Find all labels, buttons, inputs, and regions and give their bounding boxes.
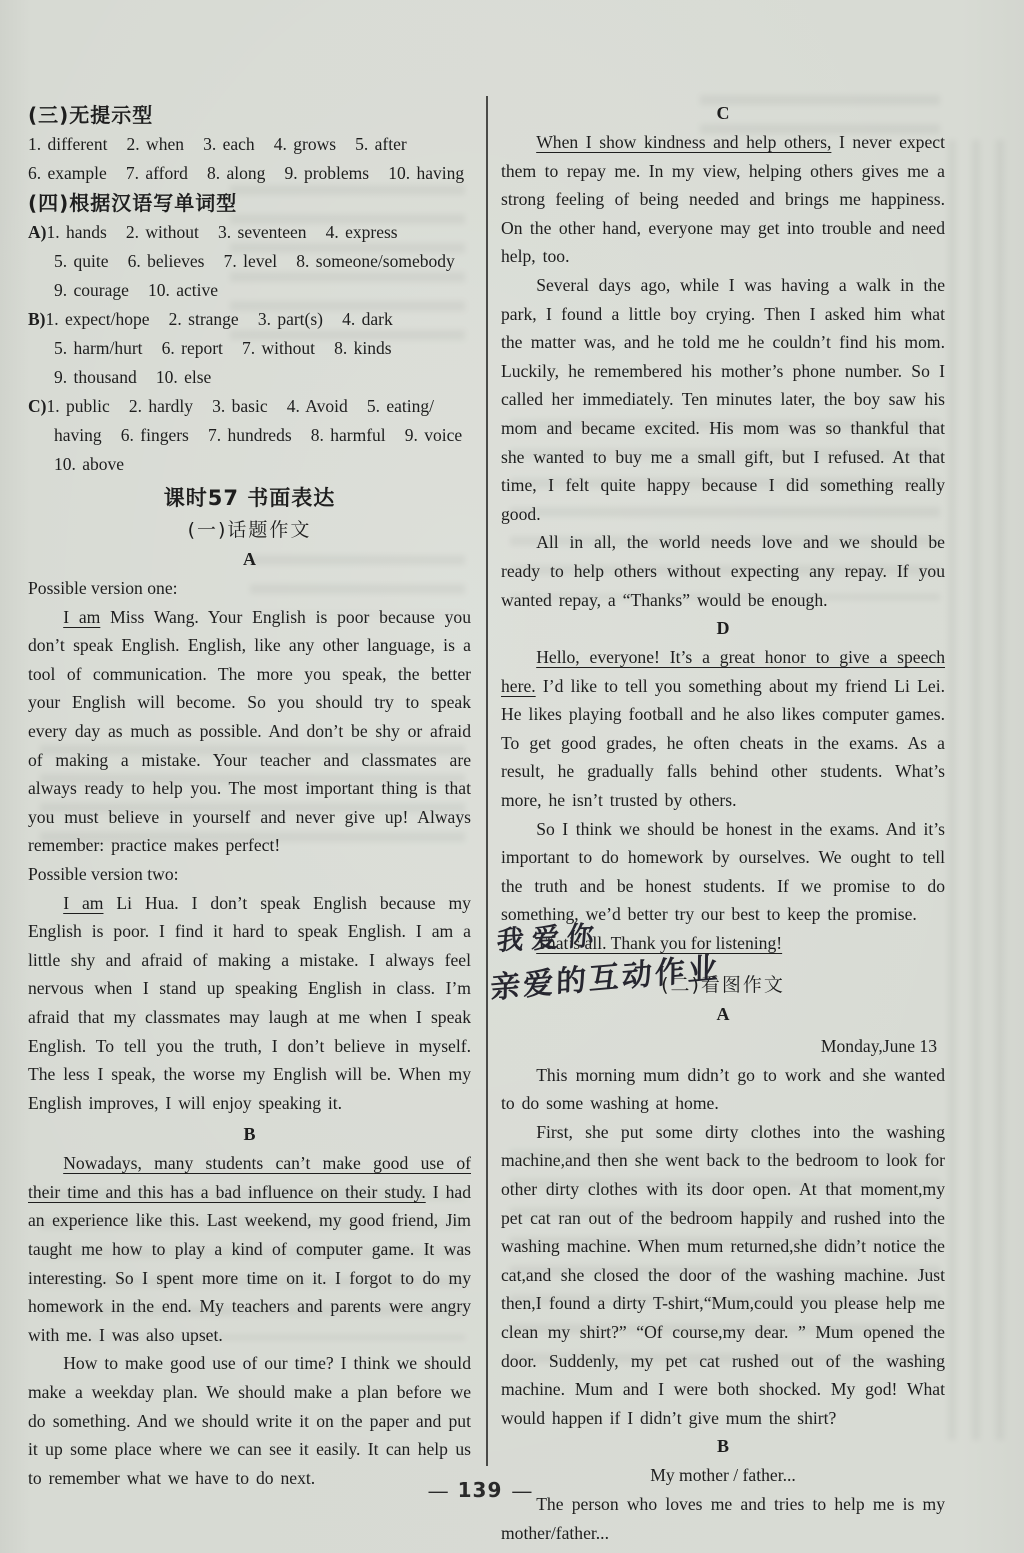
possible-version-two-label: Possible version two: (28, 860, 471, 889)
diary-date: Monday,June 13 (501, 1031, 945, 1061)
paragraph-text: I had an experience like this. Last week… (28, 1182, 471, 1345)
section-heading-no-hint: (三)无提示型 (28, 100, 471, 130)
essay-paragraph: So I think we should be honest in the ex… (501, 815, 945, 929)
answer-line: 10. above (28, 450, 471, 479)
answer-line: 5. harm/hurt 6. report 7. without 8. kin… (28, 334, 471, 363)
group-c-line1: 1. public 2. hardly 3. basic 4. Avoid 5.… (46, 396, 434, 416)
essay-paragraph: When I show kindness and help others, I … (501, 128, 945, 271)
column-divider-rule (486, 96, 488, 1466)
item-letter-b: B (28, 1120, 471, 1149)
item-letter-a: A (28, 545, 471, 574)
essay-paragraph: Hello, everyone! It’s a great honor to g… (501, 643, 945, 815)
answer-line-group-a: A)1. hands 2. without 3. seventeen 4. ex… (28, 218, 471, 247)
underlined-lead: Nowadays, many students can’t make good … (28, 1153, 471, 1202)
item-letter-a2: A (501, 1000, 945, 1029)
page-number-dash: — (429, 1481, 448, 1502)
group-a-prefix: A) (28, 222, 46, 242)
answer-line: 9. thousand 10. else (28, 363, 471, 392)
bleedthrough-texture (948, 140, 1018, 1440)
section-heading-write-words: (四)根据汉语写单词型 (28, 188, 471, 218)
group-b-prefix: B) (28, 309, 46, 329)
essay-paragraph: I am Li Hua. I don’t speak English becau… (28, 889, 471, 1118)
answer-line: 9. courage 10. active (28, 276, 471, 305)
page-number-value: 139 (448, 1478, 513, 1502)
essay-paragraph: Nowadays, many students can’t make good … (28, 1149, 471, 1349)
item-letter-c: C (501, 99, 945, 128)
possible-version-one-label: Possible version one: (28, 574, 471, 603)
lesson-title: 课时57 书面表达 (28, 482, 471, 515)
group-b-line1: 1. expect/hope 2. strange 3. part(s) 4. … (46, 309, 393, 329)
underlined-lead: I am (63, 893, 103, 913)
answer-line: 5. quite 6. believes 7. level 8. someone… (28, 247, 471, 276)
underlined-lead: I am (63, 607, 100, 627)
group-a-line1: 1. hands 2. without 3. seventeen 4. expr… (46, 222, 397, 242)
answer-line: 1. different 2. when 3. each 4. grows 5.… (28, 130, 471, 159)
paragraph-text: I never expect them to repay me. In my v… (501, 132, 945, 266)
page-number-dash: — (512, 1481, 531, 1502)
answer-line-group-c: C)1. public 2. hardly 3. basic 4. Avoid … (28, 392, 471, 421)
paragraph-text: Li Hua. I don’t speak English because my… (28, 893, 471, 1113)
left-column: (三)无提示型 1. different 2. when 3. each 4. … (28, 100, 471, 1492)
subsection-topic-writing: (一)话题作文 (28, 515, 471, 545)
page-number: —139— (0, 1478, 960, 1503)
essay-paragraph: I am Miss Wang. Your English is poor bec… (28, 603, 471, 860)
answer-line: having 6. fingers 7. hundreds 8. harmful… (28, 421, 471, 450)
answer-line: 6. example 7. afford 8. along 9. problem… (28, 159, 471, 188)
item-letter-d: D (501, 614, 945, 643)
underlined-lead: When I show kindness and help others, (536, 132, 831, 152)
group-c-prefix: C) (28, 396, 46, 416)
essay-paragraph: Several days ago, while I was having a w… (501, 271, 945, 528)
essay-paragraph: First, she put some dirty clothes into t… (501, 1118, 945, 1433)
workbook-page: (三)无提示型 1. different 2. when 3. each 4. … (0, 0, 1024, 1553)
right-column: C When I show kindness and help others, … (501, 99, 945, 1547)
essay-paragraph: This morning mum didn’t go to work and s… (501, 1061, 945, 1118)
answer-line-group-b: B)1. expect/hope 2. strange 3. part(s) 4… (28, 305, 471, 334)
handwriting-annotation: 我爱你 (495, 913, 603, 958)
essay-paragraph: All in all, the world needs love and we … (501, 528, 945, 614)
paragraph-text: I’d like to tell you something about my … (501, 676, 945, 810)
item-letter-b2: B (501, 1432, 945, 1461)
essay-paragraph: How to make good use of our time? I thin… (28, 1349, 471, 1492)
paragraph-text: Miss Wang. Your English is poor because … (28, 607, 471, 856)
